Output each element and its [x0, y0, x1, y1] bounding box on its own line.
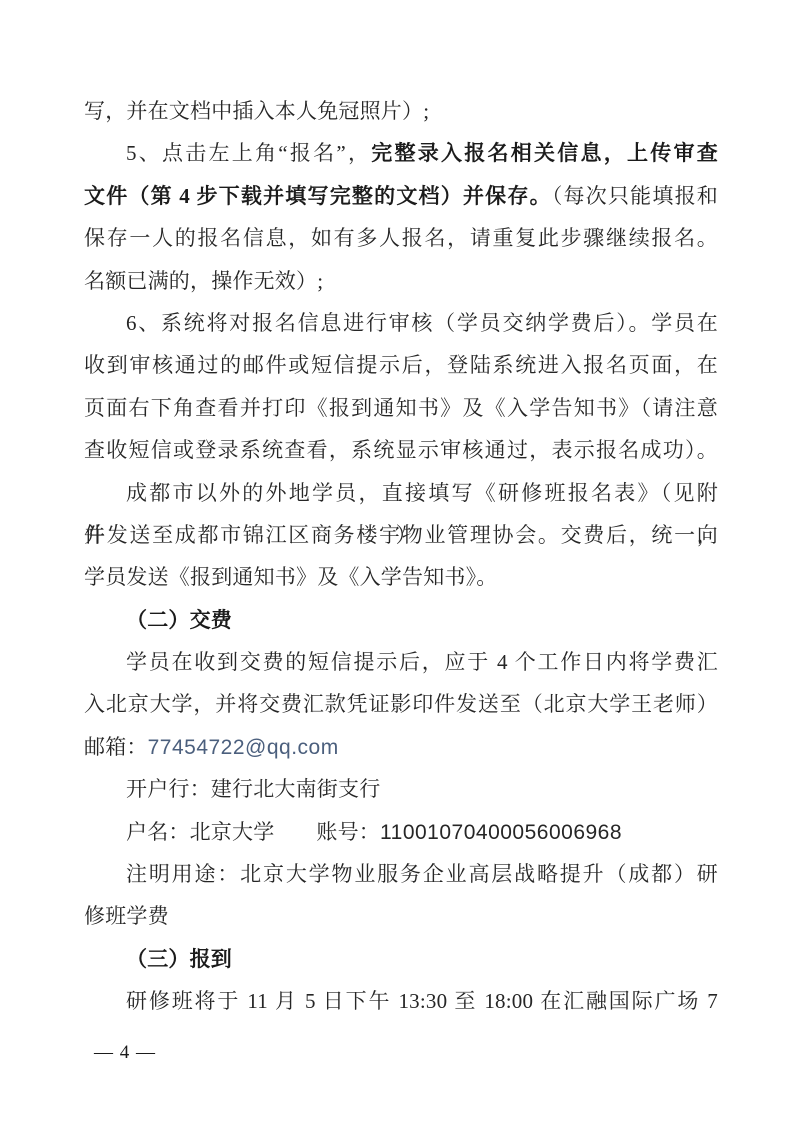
purpose-line-1: 注明用途：北京大学物业服务企业高层战略提升（成都）研: [84, 853, 718, 895]
paragraph-5-line-4: 名额已满的，操作无效）;: [84, 260, 718, 302]
out-of-town-line-1: 成都市以外的外地学员，直接填写《研修班报名表》（见附件），: [84, 472, 718, 514]
payment-line-1: 学员在收到交费的短信提示后，应于 4 个工作日内将学费汇: [84, 641, 718, 683]
account-number-label: 账号：: [316, 820, 380, 844]
paragraph-4-continuation: 写，并在文档中插入本人免冠照片）;: [84, 90, 718, 132]
account-line: 户名：北京大学账号：11001070400056006968: [84, 811, 718, 853]
paragraph-6-line-1: 6、系统将对报名信息进行审核（学员交纳学费后）。学员在: [84, 302, 718, 344]
step-5-lead-text: 5、点击左上角“报名”，: [126, 141, 371, 165]
paragraph-5-line-3: 保存一人的报名信息，如有多人报名，请重复此步骤继续报名。: [84, 217, 718, 259]
step-5-note-text: （每次只能填报和: [552, 184, 718, 208]
email-link[interactable]: 77454722@qq.com: [148, 736, 339, 759]
paragraph-5-line-2: 文件（第 4 步下载并填写完整的文档）并保存。（每次只能填报和: [84, 175, 718, 217]
paragraph-6-line-4: 查收短信或登录系统查看，系统显示审核通过，表示报名成功）。: [84, 429, 718, 471]
paragraph-6-line-3: 页面右下角查看并打印《报到通知书》及《入学告知书》（请注意: [84, 387, 718, 429]
step-5-bold-text: 完整录入报名相关信息，上传审查: [371, 141, 718, 165]
out-of-town-line-3: 学员发送《报到通知书》及《入学告知书》。: [84, 556, 718, 598]
email-label: 邮箱：: [84, 735, 148, 759]
document-page: 写，并在文档中插入本人免冠照片）; 5、点击左上角“报名”，完整录入报名相关信息…: [0, 0, 800, 1131]
paragraph-6-line-2: 收到审核通过的邮件或短信提示后，登陆系统进入报名页面，在: [84, 344, 718, 386]
page-number: — 4 —: [94, 1042, 156, 1064]
payment-line-2: 入北京大学，并将交费汇款凭证影印件发送至（北京大学王老师）: [84, 683, 718, 725]
section-heading-checkin: （三）报到: [84, 938, 718, 980]
paragraph-5-line-1: 5、点击左上角“报名”，完整录入报名相关信息，上传审查: [84, 132, 718, 174]
document-content: 写，并在文档中插入本人免冠照片）; 5、点击左上角“报名”，完整录入报名相关信息…: [84, 90, 718, 1023]
email-line: 邮箱：77454722@qq.com: [84, 726, 718, 768]
out-of-town-line-2: 并发送至成都市锦江区商务楼宇物业管理协会。交费后，统一向: [84, 514, 718, 556]
step-5-bold-text-2: 文件（第 4 步下载并填写完整的文档）并保存。: [84, 184, 552, 208]
bank-branch-line: 开户行：建行北大南街支行: [84, 768, 718, 810]
purpose-line-2: 修班学费: [84, 895, 718, 937]
account-holder-name: 户名：北京大学: [126, 820, 274, 844]
account-number-value: 11001070400056006968: [380, 821, 622, 844]
section-heading-payment: （二）交费: [84, 599, 718, 641]
checkin-line-1: 研修班将于 11 月 5 日下午 13:30 至 18:00 在汇融国际广场 7: [84, 980, 718, 1022]
